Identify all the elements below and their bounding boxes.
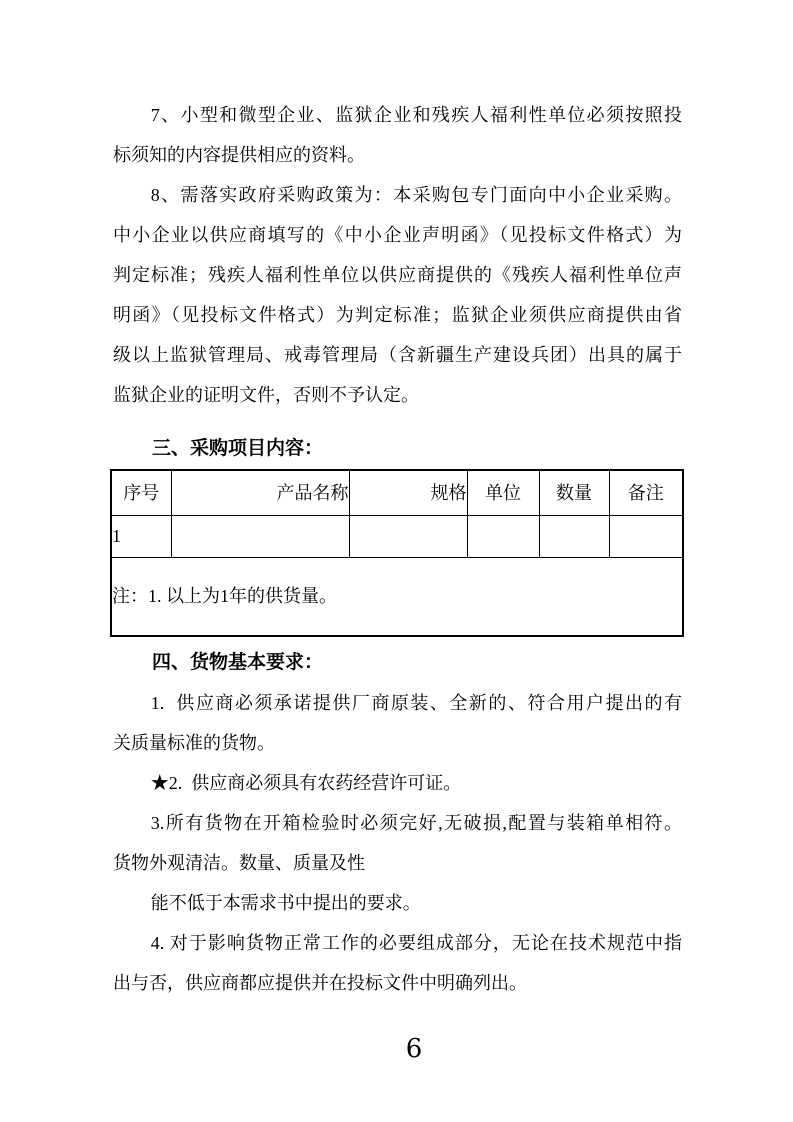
table-cell-unit — [467, 515, 539, 557]
goods-requirement-4: 4. 对于影响货物正常工作的必要组成部分，无论在技术规范中指 出与否，供应商都应… — [113, 923, 682, 1003]
text-line: 7、小型和微型企业、监狱企业和残疾人福利性单位必须按照投 — [113, 95, 682, 135]
text-line: 4. 对于影响货物正常工作的必要组成部分，无论在技术规范中指 — [113, 923, 682, 963]
text-line: 中小企业以供应商填写的《中小企业声明函》（见投标文件格式）为 — [113, 215, 682, 255]
goods-requirement-3-continued: 能不低于本需求书中提出的要求。 — [113, 883, 682, 923]
table-cell-product-name — [171, 515, 349, 557]
goods-requirement-2: ★2. 供应商必须具有农药经营许可证。 — [113, 763, 682, 803]
col-header-spec: 规格 — [349, 470, 467, 515]
col-header-remark: 备注 — [609, 470, 683, 515]
text-line: 级以上监狱管理局、戒毒管理局（含新疆生产建设兵团）出具的属于 — [113, 335, 682, 375]
col-header-product-name: 产品名称 — [171, 470, 349, 515]
goods-requirement-3: 3.所有货物在开箱检验时必须完好,无破损,配置与装箱单相符。 货物外观清洁。数量… — [113, 803, 682, 883]
document-content: 7、小型和微型企业、监狱企业和残疾人福利性单位必须按照投 标须知的内容提供相应的… — [113, 95, 682, 1003]
table-cell-quantity — [539, 515, 609, 557]
col-header-index: 序号 — [111, 470, 171, 515]
clause-7-paragraph: 7、小型和微型企业、监狱企业和残疾人福利性单位必须按照投 标须知的内容提供相应的… — [113, 95, 682, 175]
text-line: 出与否，供应商都应提供并在投标文件中明确列出。 — [113, 963, 682, 1003]
document-page: 7、小型和微型企业、监狱企业和残疾人福利性单位必须按照投 标须知的内容提供相应的… — [0, 0, 793, 1122]
text-line: 能不低于本需求书中提出的要求。 — [113, 883, 682, 923]
table-note-row: 注：1. 以上为1年的供货量。 — [111, 557, 683, 636]
table-cell-index: 1 — [111, 515, 171, 557]
table-header-row: 序号 产品名称 规格 单位 数量 备注 — [111, 470, 683, 515]
procurement-items-table: 序号 产品名称 规格 单位 数量 备注 1 注：1. 以上为1年的供货量。 — [110, 469, 684, 637]
text-line: 判定标准；残疾人福利性单位以供应商提供的《残疾人福利性单位声 — [113, 255, 682, 295]
text-line: 3.所有货物在开箱检验时必须完好,无破损,配置与装箱单相符。 — [113, 803, 682, 843]
col-header-quantity: 数量 — [539, 470, 609, 515]
table-cell-remark — [609, 515, 683, 557]
clause-8-paragraph: 8、需落实政府采购政策为：本采购包专门面向中小企业采购。 中小企业以供应商填写的… — [113, 175, 682, 415]
table-cell-spec — [349, 515, 467, 557]
col-header-unit: 单位 — [467, 470, 539, 515]
page-number: 6 — [35, 1034, 793, 1064]
goods-requirement-1: 1. 供应商必须承诺提供厂商原装、全新的、符合用户提出的有 关质量标准的货物。 — [113, 683, 682, 763]
table-row: 1 — [111, 515, 683, 557]
text-line: 货物外观清洁。数量、质量及性 — [113, 843, 682, 883]
table-note: 注：1. 以上为1年的供货量。 — [111, 557, 683, 636]
text-line: ★2. 供应商必须具有农药经营许可证。 — [113, 763, 682, 803]
text-line: 关质量标准的货物。 — [113, 723, 682, 763]
text-line: 明函》（见投标文件格式）为判定标准；监狱企业须供应商提供由省 — [113, 295, 682, 335]
text-line: 1. 供应商必须承诺提供厂商原装、全新的、符合用户提出的有 — [113, 683, 682, 723]
text-line: 8、需落实政府采购政策为：本采购包专门面向中小企业采购。 — [113, 175, 682, 215]
section-4-heading: 四、货物基本要求： — [113, 643, 682, 683]
section-3-heading: 三、采购项目内容： — [113, 429, 682, 469]
text-line: 监狱企业的证明文件，否则不予认定。 — [113, 375, 682, 415]
text-line: 标须知的内容提供相应的资料。 — [113, 135, 682, 175]
